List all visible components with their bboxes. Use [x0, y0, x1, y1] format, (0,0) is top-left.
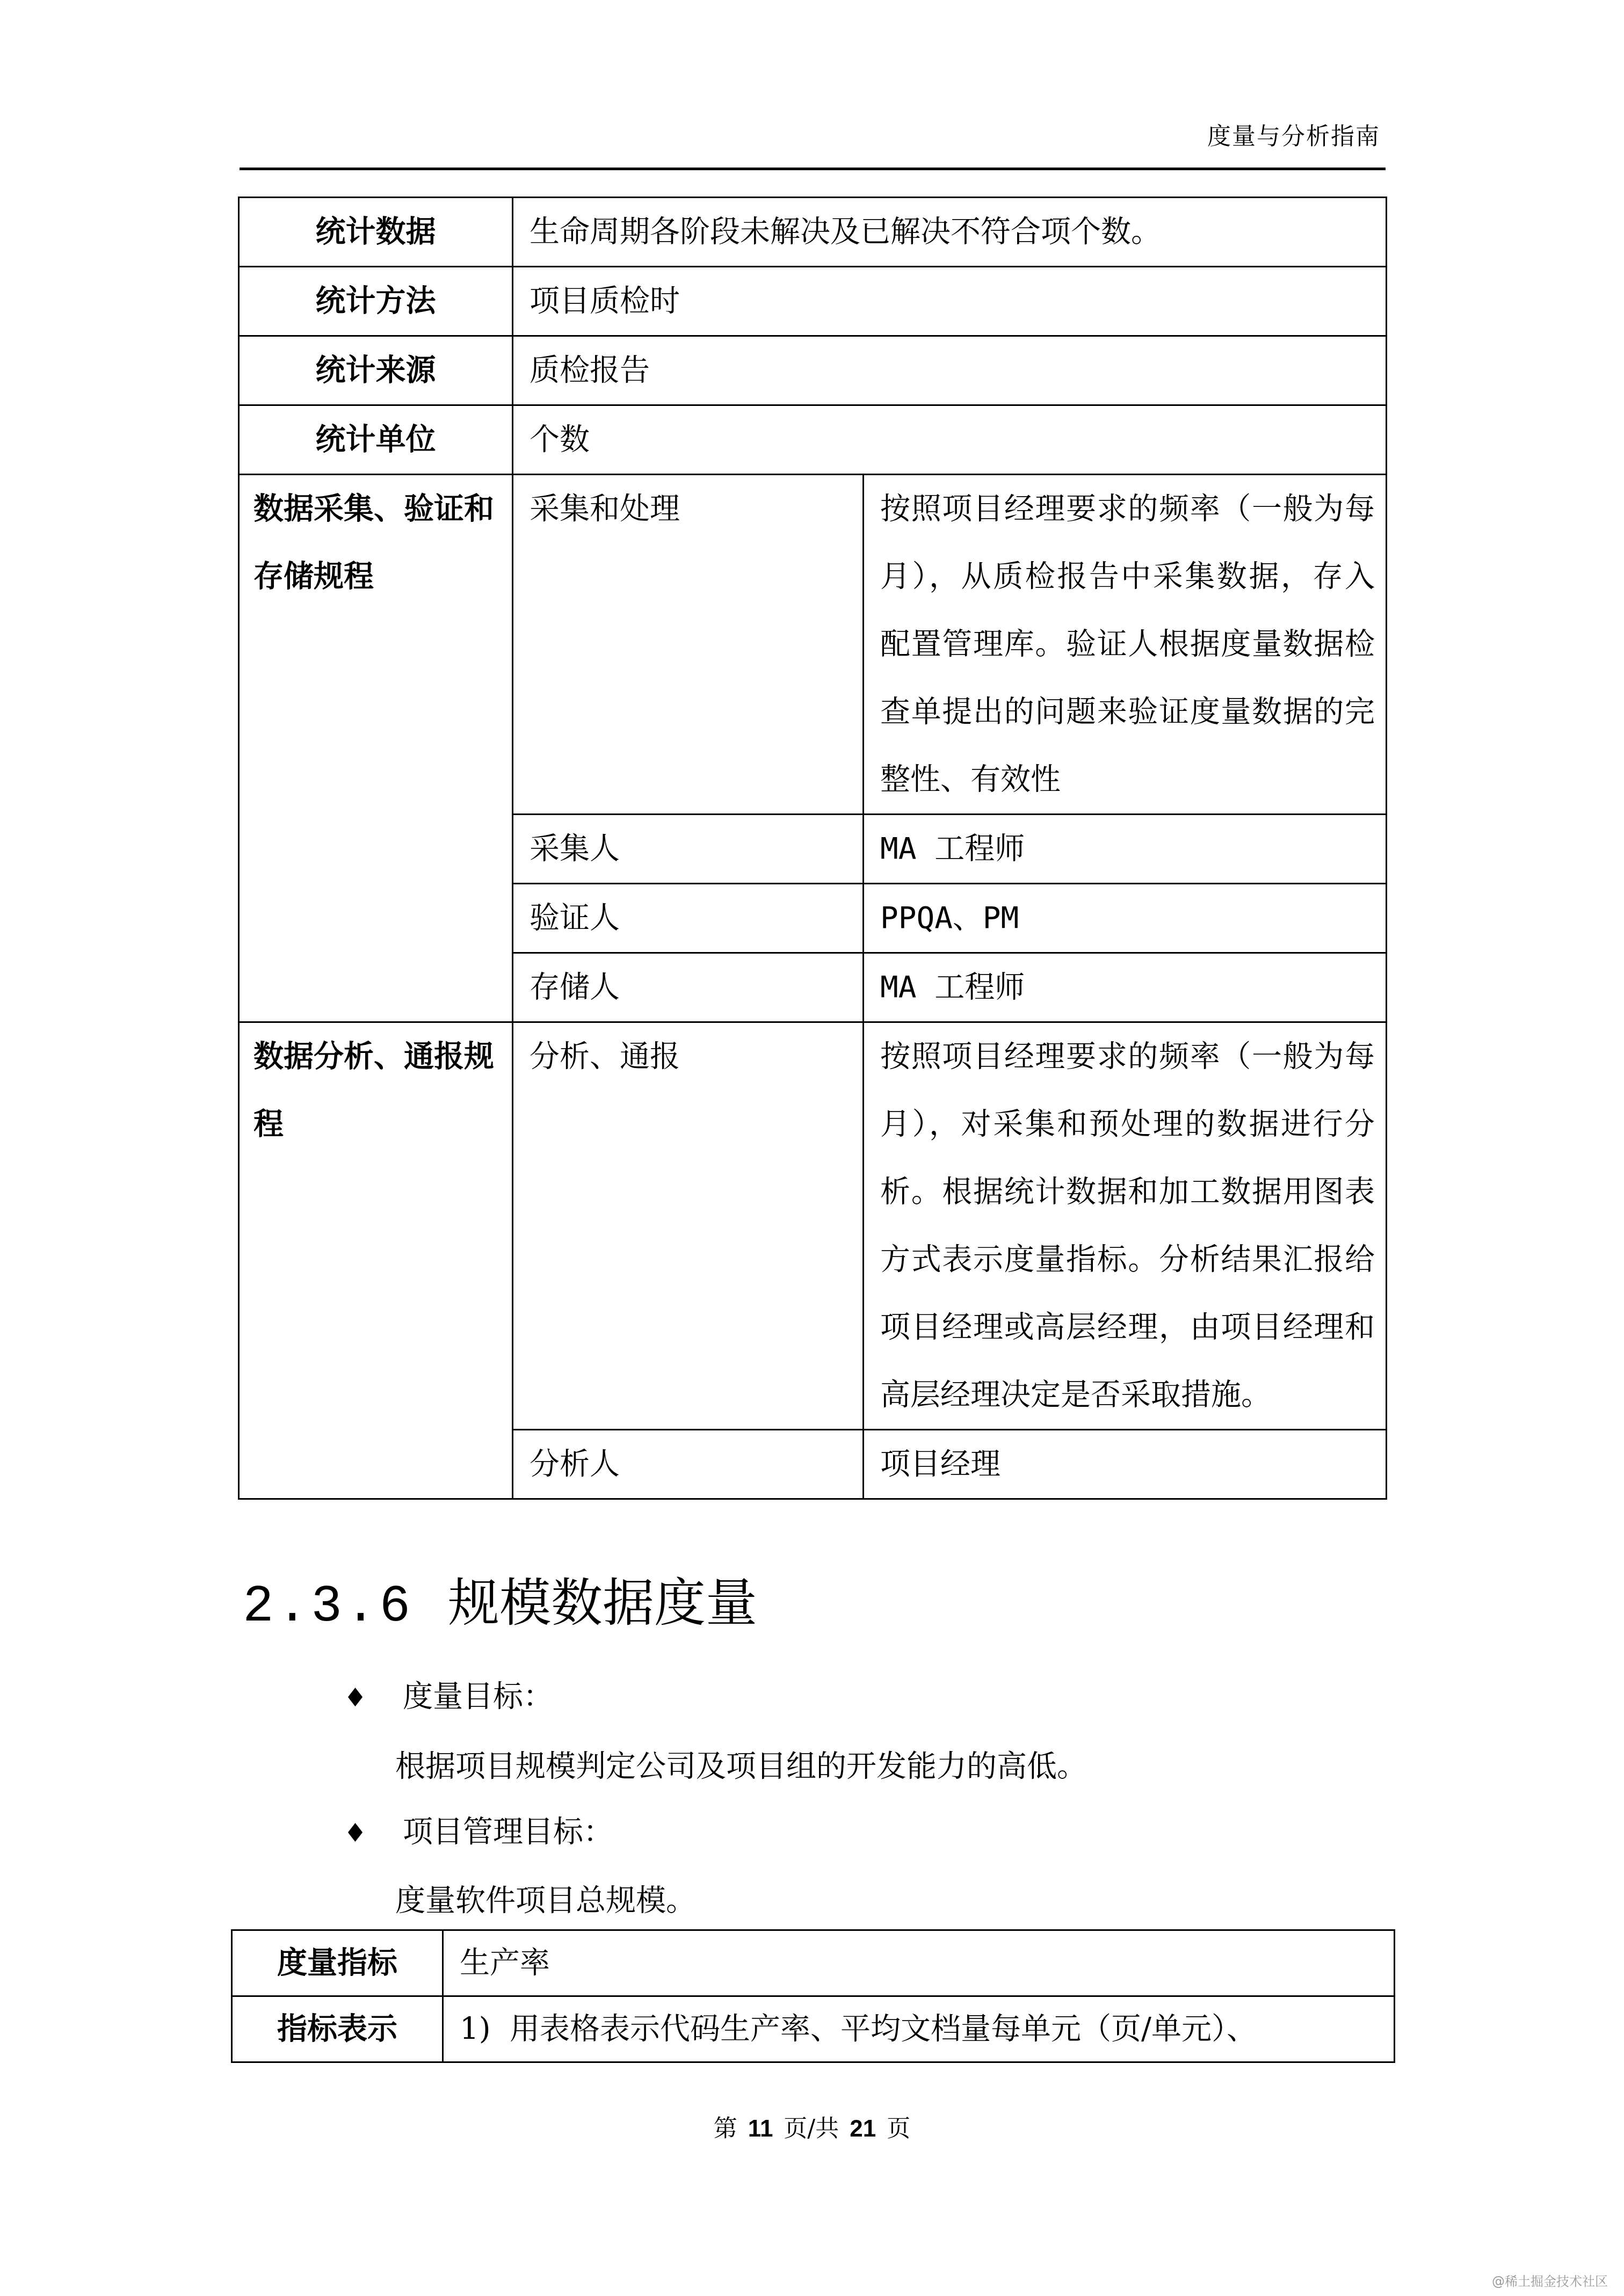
table-row: 统计来源 质检报告	[239, 336, 1387, 405]
item-value: 项目经理	[864, 1430, 1387, 1499]
item-name: 采集人	[513, 815, 864, 884]
table-row: 指标表示 1) 用表格表示代码生产率、平均文档量每单元（页/单元）、	[232, 1996, 1395, 2062]
item-name: 验证人	[513, 884, 864, 953]
page-number: 11	[748, 2116, 773, 2142]
table-row: 数据采集、验证和存储规程 采集和处理 按照项目经理要求的频率（一般为每月），从质…	[239, 475, 1387, 815]
table-row: 统计方法 项目质检时	[239, 267, 1387, 336]
section-title: 规模数据度量	[448, 1573, 757, 1633]
total-pages: 21	[850, 2116, 876, 2142]
row-value: 项目质检时	[513, 267, 1387, 336]
size-metric-table: 度量指标 生产率 指标表示 1) 用表格表示代码生产率、平均文档量每单元（页/单…	[231, 1929, 1395, 2063]
item-name: 采集和处理	[513, 475, 864, 815]
item-value: MA 工程师	[864, 815, 1387, 884]
row-label: 统计单位	[239, 405, 513, 475]
table-row: 统计单位 个数	[239, 405, 1387, 475]
footer-prefix: 第	[714, 2115, 737, 2142]
item-name: 分析人	[513, 1430, 864, 1499]
document-title: 度量与分析指南	[1207, 117, 1380, 151]
row-value: 生命周期各阶段未解决及已解决不符合项个数。	[513, 198, 1387, 267]
item-name: 分析、通报	[513, 1022, 864, 1430]
row-value: 质检报告	[513, 336, 1387, 405]
item-value: MA 工程师	[864, 953, 1387, 1022]
table-row: 统计数据 生命周期各阶段未解决及已解决不符合项个数。	[239, 198, 1387, 267]
item-value: 按照项目经理要求的频率（一般为每月），对采集和预处理的数据进行分析。根据统计数据…	[864, 1022, 1387, 1430]
table-row: 数据分析、通报规程 分析、通报 按照项目经理要求的频率（一般为每月），对采集和预…	[239, 1022, 1387, 1430]
footer-suffix: 页	[887, 2115, 910, 2142]
diamond-bullet-icon: ♦	[344, 1676, 376, 1719]
bullet-body: 度量软件项目总规模。	[395, 1879, 696, 1922]
row-label: 统计来源	[239, 336, 513, 405]
page-footer: 第11页/共21页	[0, 2113, 1624, 2145]
diamond-bullet-icon: ♦	[344, 1812, 376, 1855]
bullet-label: 项目管理目标：	[403, 1814, 613, 1849]
bullet-management-goal: ♦项目管理目标：	[344, 1811, 613, 1855]
row-value: 个数	[513, 405, 1387, 475]
metric-spec-table: 统计数据 生命周期各阶段未解决及已解决不符合项个数。 统计方法 项目质检时 统计…	[238, 197, 1387, 1500]
row-value: 1) 用表格表示代码生产率、平均文档量每单元（页/单元）、	[443, 1996, 1395, 2062]
watermark: @稀土掘金技术社区	[1492, 2271, 1608, 2290]
row-value: 生产率	[443, 1930, 1395, 1996]
item-value: PPQA、PM	[864, 884, 1387, 953]
bullet-label: 度量目标：	[403, 1679, 553, 1714]
row-label: 统计方法	[239, 267, 513, 336]
table-row: 度量指标 生产率	[232, 1930, 1395, 1996]
bullet-body: 根据项目规模判定公司及项目组的开发能力的高低。	[395, 1745, 1087, 1788]
item-name: 存储人	[513, 953, 864, 1022]
collection-procedure-label: 数据采集、验证和存储规程	[239, 475, 513, 1022]
footer-middle: 页/共	[784, 2115, 839, 2142]
bullet-measurement-goal: ♦度量目标：	[344, 1675, 553, 1719]
row-label: 指标表示	[232, 1996, 443, 2062]
item-value: 按照项目经理要求的频率（一般为每月），从质检报告中采集数据，存入配置管理库。验证…	[864, 475, 1387, 815]
page-header: 度量与分析指南	[240, 107, 1386, 170]
analysis-procedure-label: 数据分析、通报规程	[239, 1022, 513, 1499]
row-label: 统计数据	[239, 198, 513, 267]
section-heading: 2.3.6规模数据度量	[243, 1568, 757, 1642]
row-label: 度量指标	[232, 1930, 443, 1996]
section-number: 2.3.6	[243, 1578, 414, 1636]
